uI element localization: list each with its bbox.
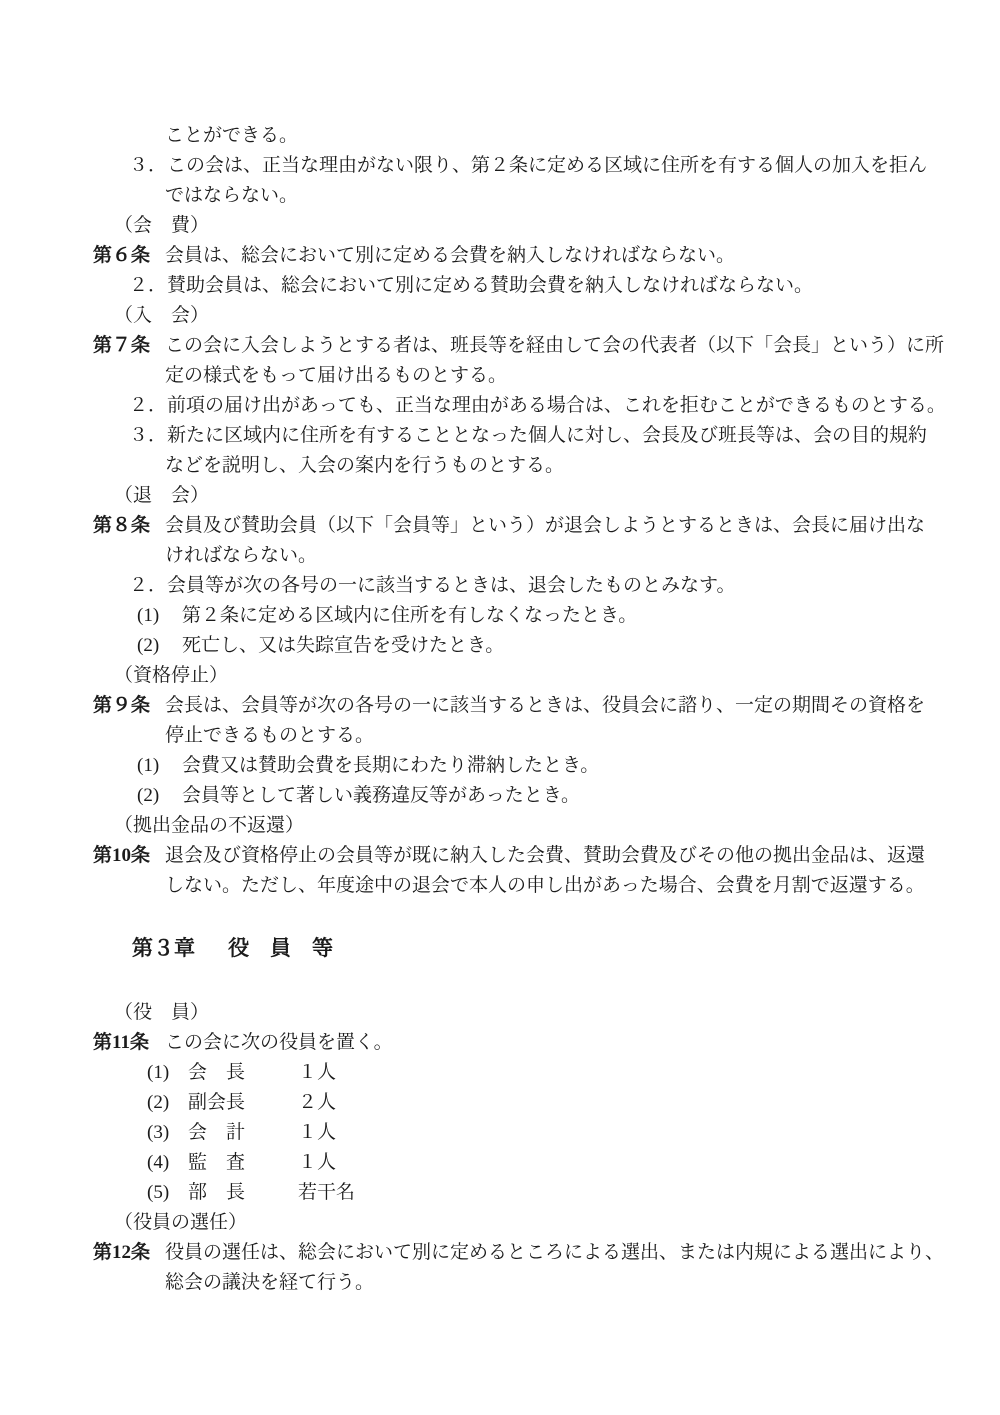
line-parenitem: (1)会費又は賛助会費を長期にわたり滞納したとき。 — [0, 751, 1000, 781]
line-subitem: ３．新たに区域内に住所を有することとなった個人に対し、会長及び班長等は、会の目的… — [0, 421, 1000, 451]
line-label: 第６条 — [93, 241, 153, 271]
line-article: 第12条役員の選任は、総会において別に定めるところによる選出、または内規による選… — [0, 1238, 1000, 1268]
line-number: ２． — [129, 571, 167, 601]
line-label: 第12条 — [93, 1238, 153, 1268]
role-name: 副会長 — [188, 1088, 298, 1118]
line-text: などを説明し、入会の案内を行うものとする。 — [165, 455, 564, 476]
line-heading: （会 費） — [0, 211, 1000, 241]
line-role: (4)監 査１人 — [0, 1148, 1000, 1178]
line-parenitem: (2)死亡し、又は失踪宣告を受けたとき。 — [0, 631, 1000, 661]
line-heading: （資格停止） — [0, 661, 1000, 691]
line-label: 第９条 — [93, 691, 153, 721]
line-continuation: ではならない。 — [0, 181, 1000, 211]
role-name: 会 計 — [188, 1118, 298, 1148]
line-text: この会は、正当な理由がない限り、第２条に定める区域に住所を有する個人の加入を拒ん — [167, 155, 927, 176]
blank-spacer — [0, 901, 1000, 933]
role-count: １人 — [298, 1062, 336, 1083]
line-subitem: ２．会員等が次の各号の一に該当するときは、退会したものとみなす。 — [0, 571, 1000, 601]
line-number: ３． — [129, 421, 167, 451]
role-count: ２人 — [298, 1092, 336, 1113]
line-continuation: ければならない。 — [0, 541, 1000, 571]
line-text: 停止できるものとする。 — [165, 725, 374, 746]
line-text: （役 員） — [114, 1002, 209, 1023]
line-text: （役員の選任） — [114, 1212, 247, 1233]
line-article: 第８条会員及び賛助会員（以下「会員等」という）が退会しようとするときは、会長に届… — [0, 511, 1000, 541]
line-text: （会 費） — [114, 215, 209, 236]
line-text: 会費又は賛助会費を長期にわたり滞納したとき。 — [182, 755, 599, 776]
line-text: 会員は、総会において別に定める会費を納入しなければならない。 — [165, 245, 735, 266]
line-continuation: 停止できるものとする。 — [0, 721, 1000, 751]
line-subitem: ２．賛助会員は、総会において別に定める賛助会費を納入しなければならない。 — [0, 271, 1000, 301]
line-continuation: ことができる。 — [0, 121, 1000, 151]
chapter-title: 役 員 等 — [228, 936, 333, 960]
line-continuation: 総会の議決を経て行う。 — [0, 1268, 1000, 1298]
role-count: 若干名 — [298, 1182, 355, 1203]
line-continuation: などを説明し、入会の案内を行うものとする。 — [0, 451, 1000, 481]
line-role: (2)副会長２人 — [0, 1088, 1000, 1118]
line-text: 役員の選任は、総会において別に定めるところによる選出、または内規による選出により… — [165, 1242, 944, 1263]
line-number: (3) — [147, 1118, 175, 1148]
line-subitem: ２．前項の届け出があっても、正当な理由がある場合は、これを拒むことができるものと… — [0, 391, 1000, 421]
line-text: 前項の届け出があっても、正当な理由がある場合は、これを拒むことができるものとする… — [167, 395, 946, 416]
line-role: (5)部 長若干名 — [0, 1178, 1000, 1208]
line-text: しない。ただし、年度途中の退会で本人の申し出があった場合、会費を月割で返還する。 — [165, 875, 925, 896]
document-body: ことができる。３．この会は、正当な理由がない限り、第２条に定める区域に住所を有す… — [0, 0, 1000, 1298]
line-label: 第11条 — [93, 1028, 153, 1058]
line-number: (4) — [147, 1148, 175, 1178]
line-heading: （退 会） — [0, 481, 1000, 511]
line-text: 会長は、会員等が次の各号の一に該当するときは、役員会に諮り、一定の期間その資格を — [165, 695, 925, 716]
line-role: (3)会 計１人 — [0, 1118, 1000, 1148]
line-parenitem: (1)第２条に定める区域内に住所を有しなくなったとき。 — [0, 601, 1000, 631]
line-continuation: しない。ただし、年度途中の退会で本人の申し出があった場合、会費を月割で返還する。 — [0, 871, 1000, 901]
line-text: （資格停止） — [114, 665, 228, 686]
line-number: (2) — [137, 781, 163, 811]
line-article: 第７条この会に入会しようとする者は、班長等を経由して会の代表者（以下「会長」とい… — [0, 331, 1000, 361]
line-text: 会員及び賛助会員（以下「会員等」という）が退会しようとするときは、会長に届け出な — [165, 515, 925, 536]
line-number: (5) — [147, 1178, 175, 1208]
line-label: 第７条 — [93, 331, 153, 361]
line-number: (2) — [137, 631, 163, 661]
line-article: 第９条会長は、会員等が次の各号の一に該当するときは、役員会に諮り、一定の期間その… — [0, 691, 1000, 721]
line-text: 会員等として著しい義務違反等があったとき。 — [182, 785, 580, 806]
line-text: この会に次の役員を置く。 — [165, 1032, 393, 1053]
line-text: ければならない。 — [165, 545, 317, 566]
line-text: 賛助会員は、総会において別に定める賛助会費を納入しなければならない。 — [167, 275, 813, 296]
role-count: １人 — [298, 1152, 336, 1173]
line-text: ではならない。 — [165, 185, 298, 206]
line-text: （入 会） — [114, 305, 209, 326]
line-number: (2) — [147, 1088, 175, 1118]
role-count: １人 — [298, 1122, 336, 1143]
line-number: ２． — [129, 271, 167, 301]
line-subitem: ３．この会は、正当な理由がない限り、第２条に定める区域に住所を有する個人の加入を… — [0, 151, 1000, 181]
document-page: ことができる。３．この会は、正当な理由がない限り、第２条に定める区域に住所を有す… — [0, 0, 1000, 1415]
line-text: 会員等が次の各号の一に該当するときは、退会したものとみなす。 — [167, 575, 735, 596]
line-text: 死亡し、又は失踪宣告を受けたとき。 — [182, 635, 504, 656]
role-name: 部 長 — [188, 1178, 298, 1208]
line-text: 退会及び資格停止の会員等が既に納入した会費、賛助会費及びその他の拠出金品は、返還 — [165, 845, 925, 866]
line-label: 第３章 — [132, 936, 195, 960]
line-text: 定の様式をもって届け出るものとする。 — [165, 365, 507, 386]
line-continuation: 定の様式をもって届け出るものとする。 — [0, 361, 1000, 391]
line-text: （退 会） — [114, 485, 209, 506]
line-text: （拠出金品の不返還） — [114, 815, 304, 836]
line-parenitem: (2)会員等として著しい義務違反等があったとき。 — [0, 781, 1000, 811]
line-article: 第11条この会に次の役員を置く。 — [0, 1028, 1000, 1058]
line-heading: （役 員） — [0, 998, 1000, 1028]
line-article: 第６条会員は、総会において別に定める会費を納入しなければならない。 — [0, 241, 1000, 271]
line-number: ２． — [129, 391, 167, 421]
line-number: (1) — [147, 1058, 175, 1088]
line-heading: （役員の選任） — [0, 1208, 1000, 1238]
role-name: 監 査 — [188, 1148, 298, 1178]
line-text: 新たに区域内に住所を有することとなった個人に対し、会長及び班長等は、会の目的規約 — [167, 425, 927, 446]
line-number: ３． — [129, 151, 167, 181]
line-role: (1)会 長１人 — [0, 1058, 1000, 1088]
role-name: 会 長 — [188, 1058, 298, 1088]
line-number: (1) — [137, 601, 163, 631]
line-label: 第10条 — [93, 841, 153, 871]
line-text: 総会の議決を経て行う。 — [165, 1272, 374, 1293]
line-number: (1) — [137, 751, 163, 781]
line-heading: （拠出金品の不返還） — [0, 811, 1000, 841]
line-heading: （入 会） — [0, 301, 1000, 331]
line-text: ことができる。 — [165, 125, 298, 146]
line-text: この会に入会しようとする者は、班長等を経由して会の代表者（以下「会長」という）に… — [165, 335, 944, 356]
line-chapter: 第３章役 員 等 — [0, 933, 1000, 963]
line-label: 第８条 — [93, 511, 153, 541]
line-article: 第10条退会及び資格停止の会員等が既に納入した会費、賛助会費及びその他の拠出金品… — [0, 841, 1000, 871]
line-text: 第２条に定める区域内に住所を有しなくなったとき。 — [182, 605, 637, 626]
blank-spacer — [0, 963, 1000, 998]
